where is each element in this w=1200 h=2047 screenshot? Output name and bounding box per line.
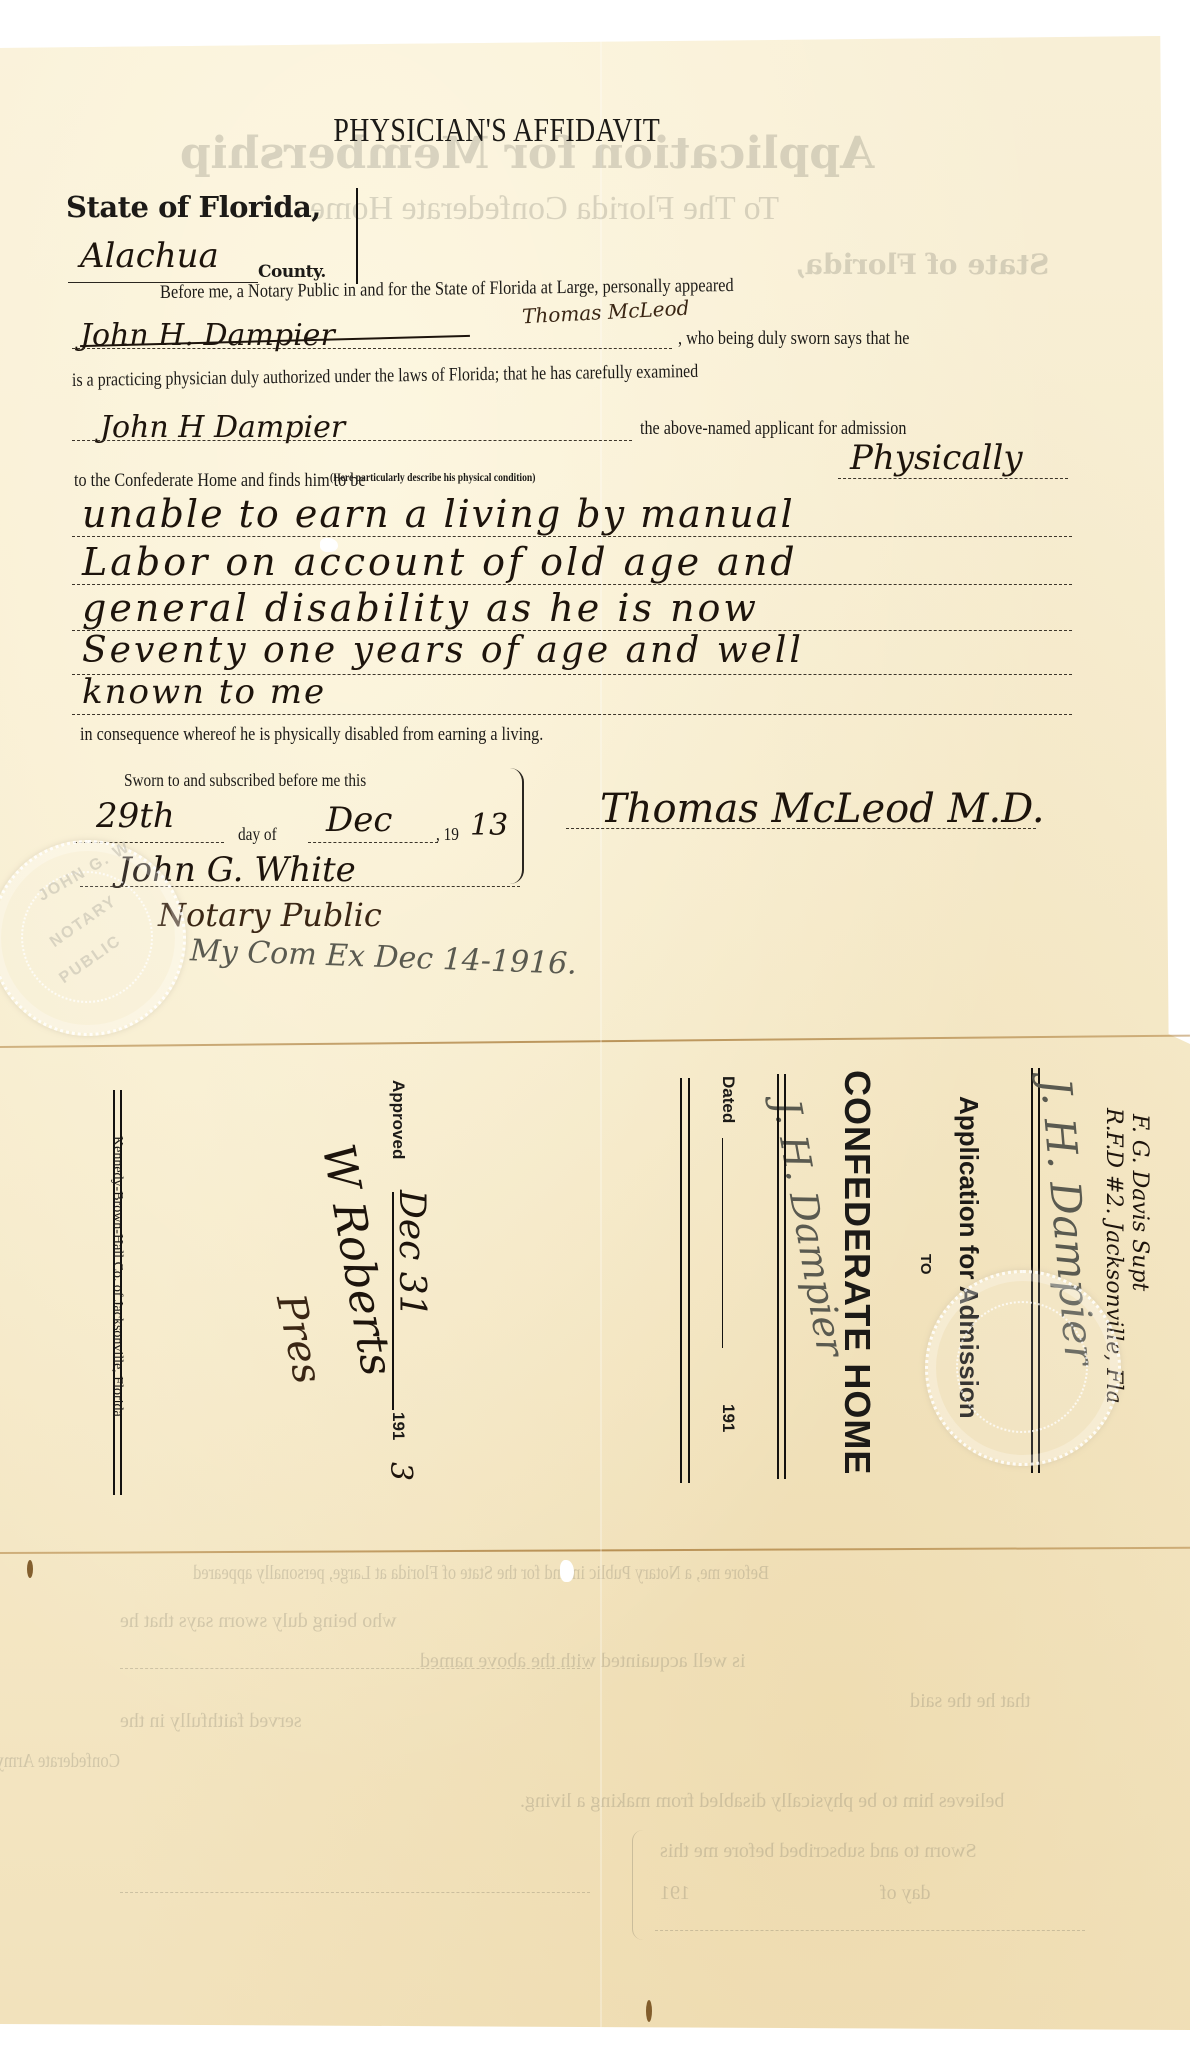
ghost-brace: [632, 1830, 643, 1940]
day-of-label: day of: [238, 824, 277, 845]
condition-line-5: known to me: [82, 672, 326, 712]
condition-line-2: Labor on account of old age and: [82, 540, 798, 584]
condition-field-line-0: [838, 478, 1068, 479]
county-handwritten: Alachua: [80, 236, 219, 276]
ghost-line-4: served faithfully in the: [120, 1710, 302, 1733]
ink-stain-bottom: [646, 2000, 652, 2022]
condition-line-0: Physically: [850, 438, 1023, 478]
printer-imprint: Kennedy-Brown-Hall Co. of Jacksonville, …: [109, 1136, 125, 1417]
sworn-brace: [508, 768, 524, 884]
condition-line-1: unable to earn a living by manual: [82, 492, 795, 536]
ghost-line-5: Confederate Army and did not desert said…: [0, 1750, 120, 1773]
heading-double-line-b: [784, 1074, 786, 1479]
dated-year-prefix: 191: [718, 1404, 738, 1432]
month-field-line: [308, 842, 438, 843]
ghost-line-2: is well acquainted with the above named: [420, 1650, 745, 1673]
ghost-field-line-a: [120, 1668, 590, 1669]
ghost-line-8: day of: [880, 1882, 931, 1905]
ghost-field-line-b: [120, 1892, 590, 1893]
ghost-line-6: believes him to be physically disabled f…: [520, 1790, 1004, 1813]
dated-double-line-a: [680, 1078, 682, 1483]
notary-seal-back-inner-ring: [956, 1301, 1088, 1433]
ink-stain: [27, 1560, 33, 1578]
page-title: PHYSICIAN'S AFFIDAVIT: [300, 112, 694, 150]
notary-seal-embossed-back: [925, 1270, 1121, 1466]
year-handwritten: 13: [470, 808, 508, 843]
ghost-state-of-florida: State of Florida,: [795, 248, 1049, 281]
physician-signature-line: [566, 828, 1036, 829]
appeared-name-field-line: [72, 348, 672, 349]
approved-year-handwritten: 3: [383, 1462, 418, 1481]
state-label: State of Florida,: [66, 190, 321, 224]
paper-tear: [560, 1560, 574, 1582]
physician-signature: Thomas McLeod M.D.: [600, 786, 1045, 832]
consequence-line: in consequence whereof he is physically …: [80, 724, 543, 746]
dated-label: Dated: [718, 1076, 738, 1123]
ghost-line-7: Sworn to and subscribed before me this: [660, 1840, 977, 1863]
ghost-line-1: who being duly sworn says that he: [120, 1610, 397, 1633]
sworn-line: Sworn to and subscribed before me this: [124, 770, 366, 791]
heading-to: TO: [917, 1254, 934, 1275]
forwarding-note-line-1: F. G. Davis Supt: [1127, 1114, 1152, 1291]
vertical-crease: [600, 40, 602, 2030]
condition-field-line-1: [72, 536, 1072, 537]
affidavit-line-5-note: (Here particularly describe his physical…: [330, 470, 535, 485]
day-handwritten: 29th: [96, 796, 175, 836]
applicant-name-field-line: [72, 440, 632, 441]
affidavit-line-4: the above-named applicant for admission: [640, 418, 906, 440]
approved-year-prefix: 191: [388, 1412, 408, 1440]
notary-title: Notary Public: [158, 896, 382, 934]
ghost-field-line-c: [655, 1930, 1085, 1931]
dated-double-line-b: [688, 1078, 690, 1483]
heading-double-line-a: [777, 1074, 779, 1479]
county-label: County.: [258, 262, 326, 282]
dated-field-line: [722, 1138, 723, 1348]
state-block-divider: [356, 188, 358, 284]
approved-label: Approved: [388, 1080, 408, 1159]
ghost-line-9: 191: [660, 1882, 690, 1905]
condition-line-4: Seventy one years of age and well: [82, 630, 804, 671]
affidavit-line-5: to the Confederate Home and finds him to…: [74, 470, 366, 492]
paper-tear-small: [320, 538, 338, 552]
condition-line-3: general disability as he is now: [82, 586, 759, 630]
ghost-line-3: that he the said: [910, 1690, 1031, 1713]
month-handwritten: Dec: [326, 800, 392, 840]
condition-field-line-2: [72, 584, 1072, 585]
affidavit-line-2: , who being duly sworn says that he: [678, 328, 909, 350]
approved-date-handwritten: Dec 31: [391, 1190, 432, 1318]
heading-confederate-home: CONFEDERATE HOME: [836, 1070, 878, 1475]
ghost-header-confederate-home: To The Florida Confederate Home: [310, 190, 779, 228]
condition-field-line-5: [72, 714, 1072, 715]
year-prefix: , 19: [436, 824, 459, 845]
ghost-line-0: Before me, a Notary Public in and for th…: [193, 1562, 769, 1585]
